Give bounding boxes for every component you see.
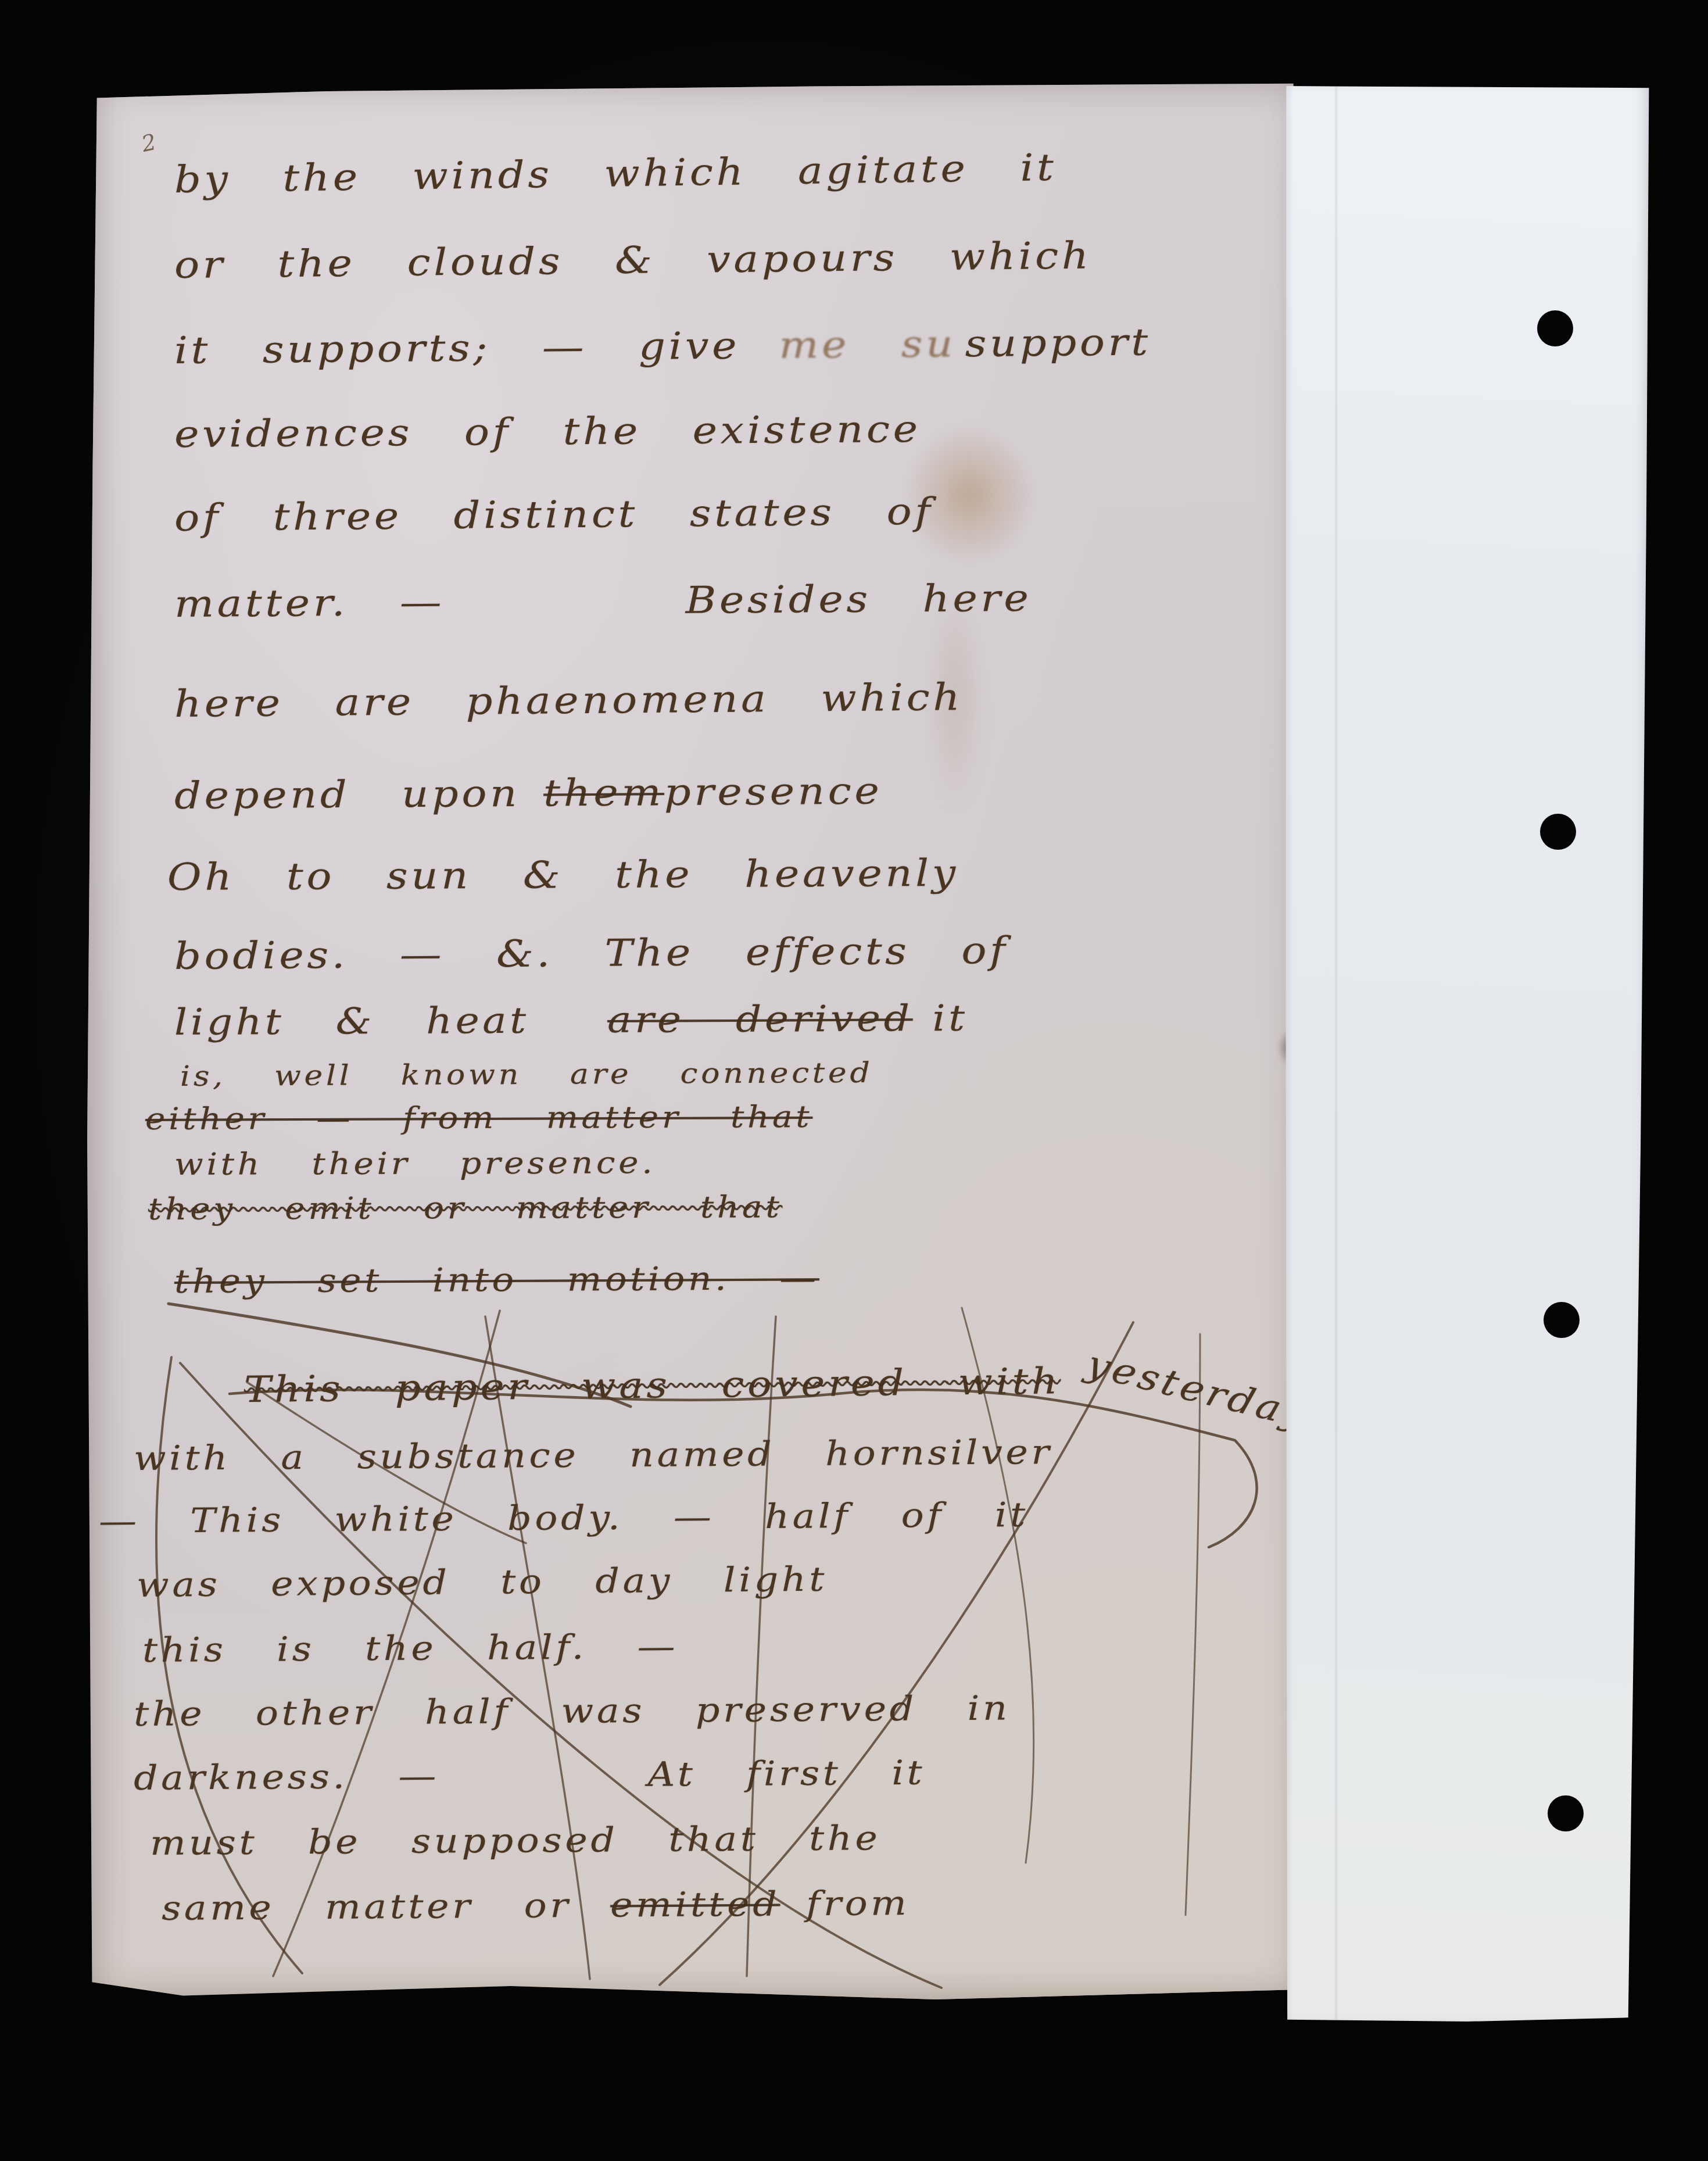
photo-canvas: 2 by the winds which agitate itor the cl…: [0, 0, 1708, 2161]
punch-hole: [1548, 1795, 1584, 1831]
punch-hole: [1540, 814, 1576, 850]
punch-hole: [1544, 1302, 1580, 1338]
filing-strip: [1286, 86, 1649, 2022]
ink-smudge-tail: [917, 548, 993, 850]
manuscript-page: 2: [86, 83, 1299, 2005]
page-number: 2: [139, 129, 159, 157]
punch-hole: [1537, 310, 1573, 346]
